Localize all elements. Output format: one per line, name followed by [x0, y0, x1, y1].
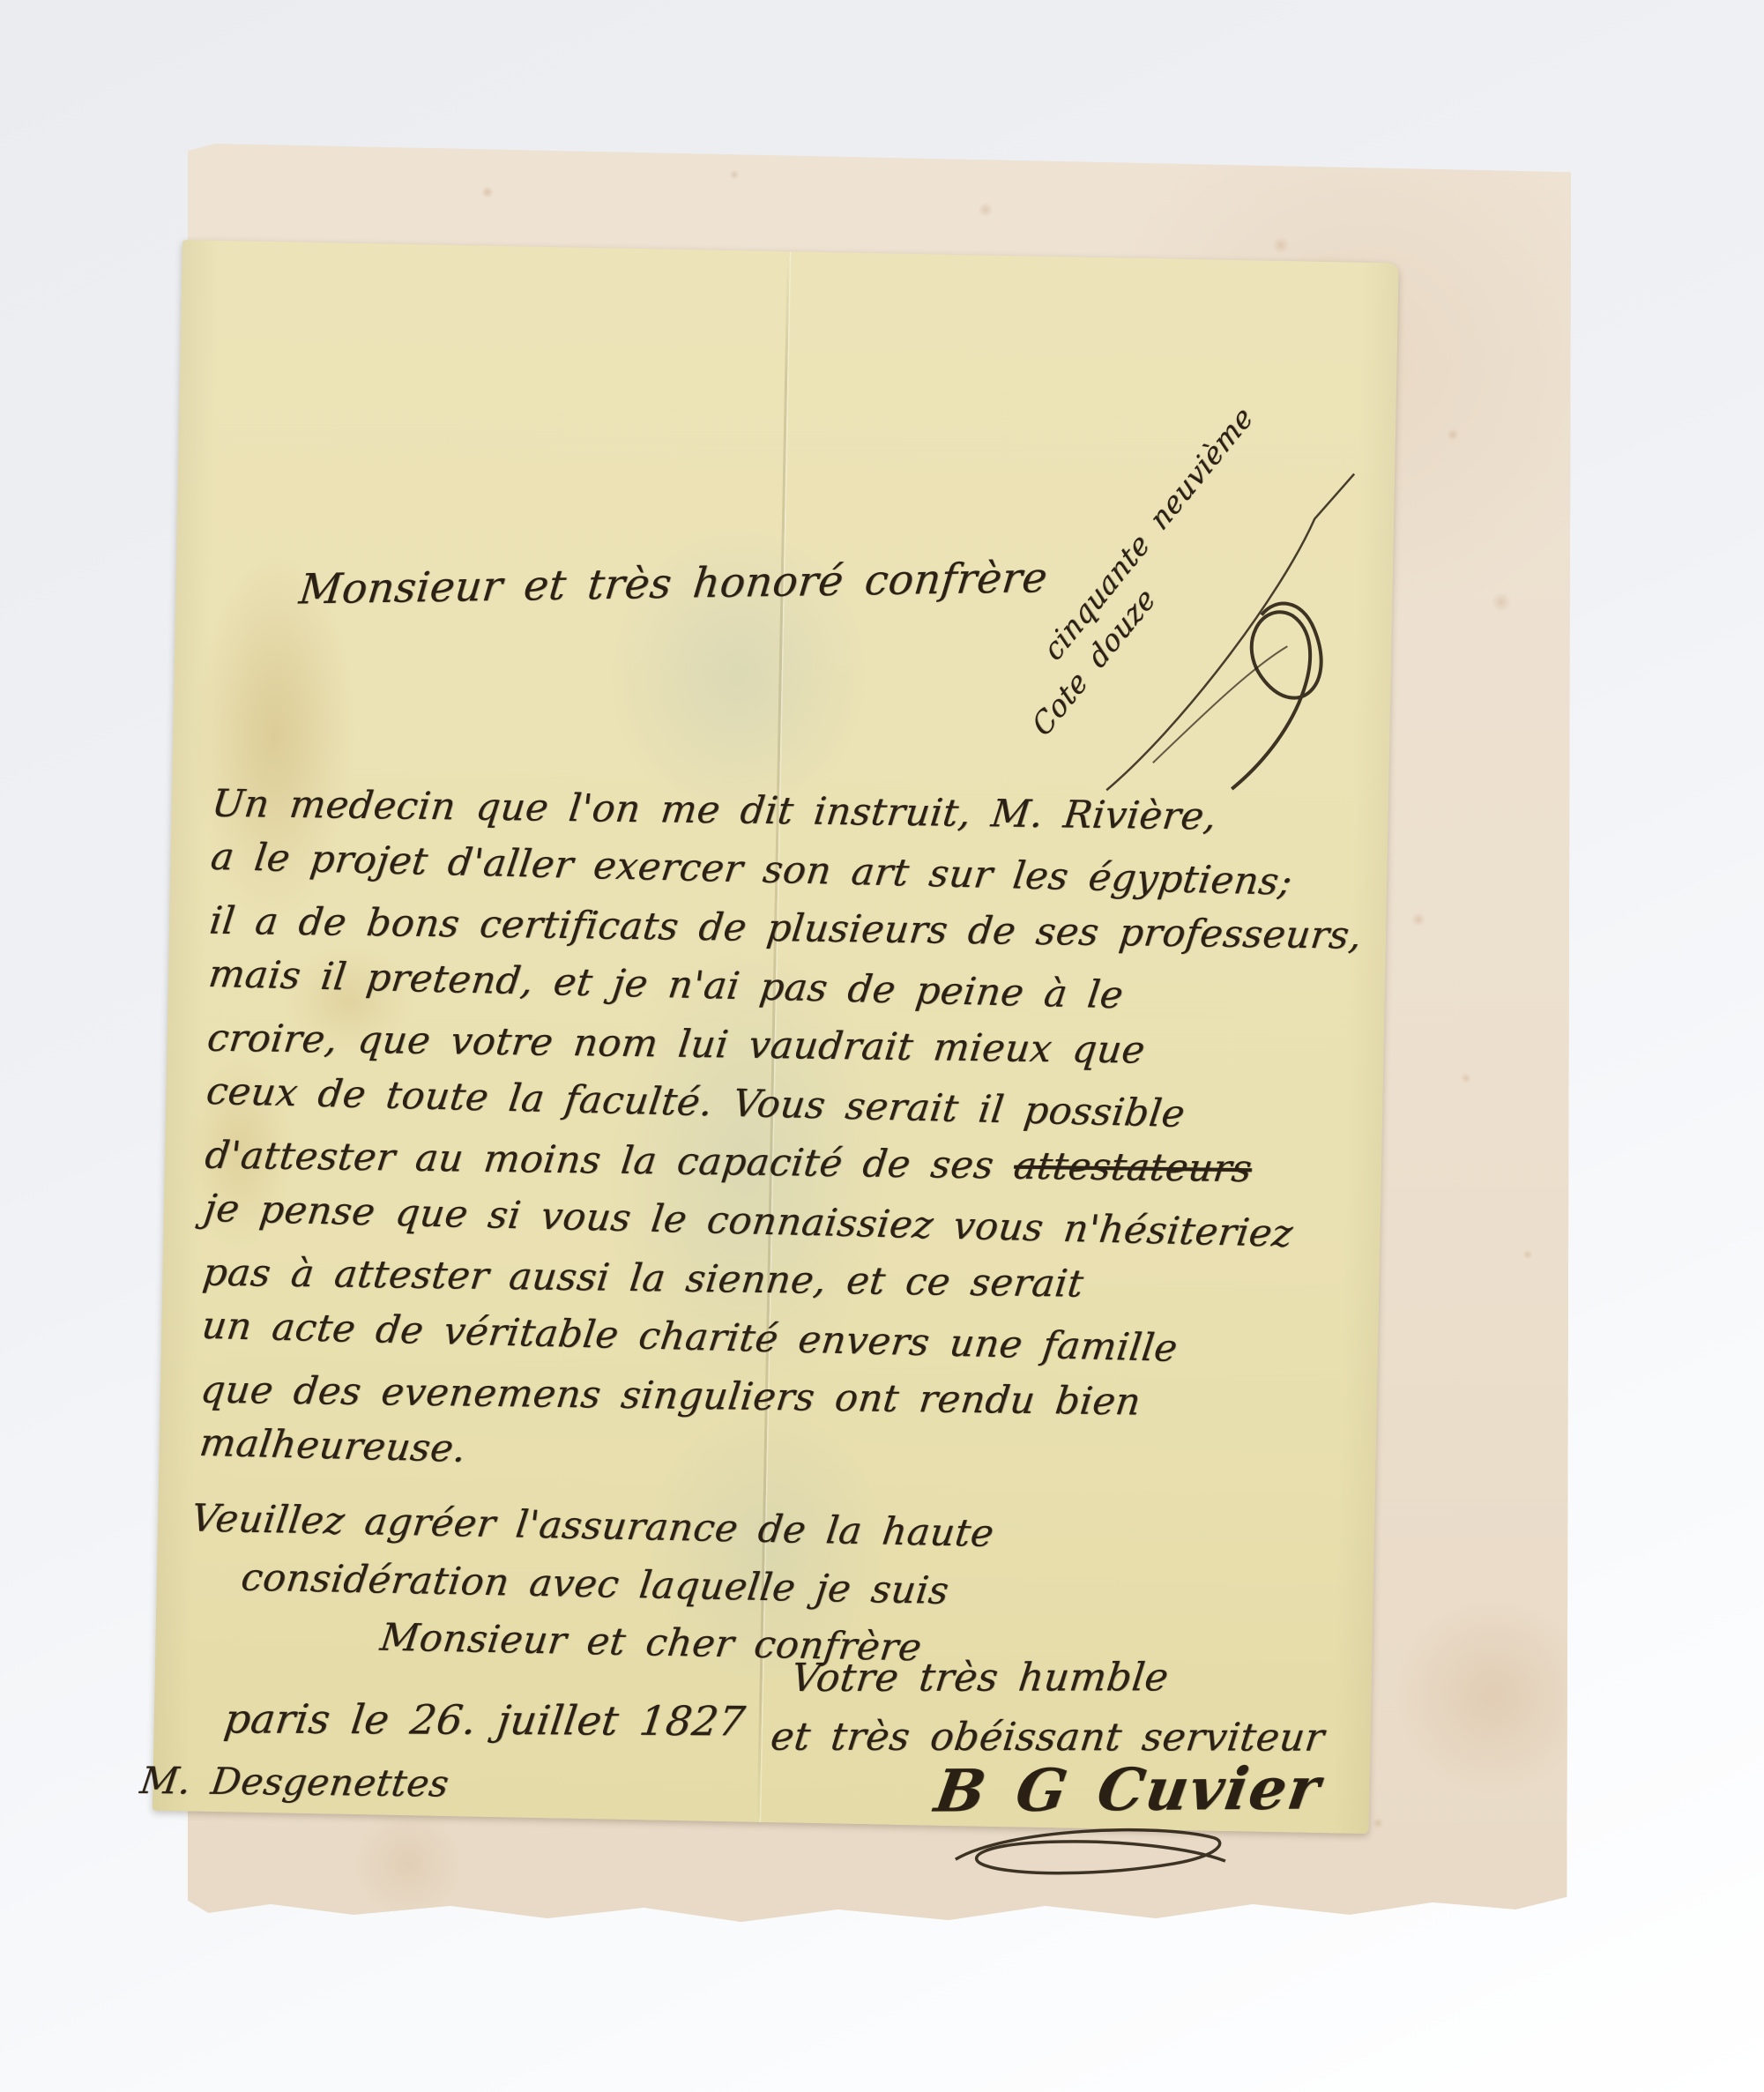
annotation-flourish-icon: [1099, 462, 1361, 810]
closing-line: Veuillez agréer l'assurance de la haute: [189, 1497, 996, 1556]
signature-flourish-icon: [944, 1817, 1236, 1893]
photo-background: cinquante neuvième Cote douze Monsieur e…: [0, 0, 1764, 2092]
signature: B G Cuvier: [931, 1753, 1327, 1825]
valediction-line: Votre très humble: [789, 1655, 1172, 1701]
valediction-line: et très obéissant serviteur: [768, 1715, 1327, 1761]
letter-sheet: cinquante neuvième Cote douze Monsieur e…: [153, 240, 1399, 1834]
closing-line: considération avec laquelle je suis: [239, 1556, 951, 1613]
salutation: Monsieur et très honoré confrère: [297, 554, 1050, 614]
date-line: paris le 26. juillet 1827: [221, 1694, 748, 1745]
letter-body: Un medecin que l'on me dit instruit, M. …: [198, 778, 1358, 1504]
addressee-line: M. Desgenettes: [138, 1759, 451, 1805]
body-line-segment: d'attester au moins la capacité de ses: [203, 1134, 1016, 1188]
struck-word: attestateurs: [1011, 1144, 1254, 1191]
